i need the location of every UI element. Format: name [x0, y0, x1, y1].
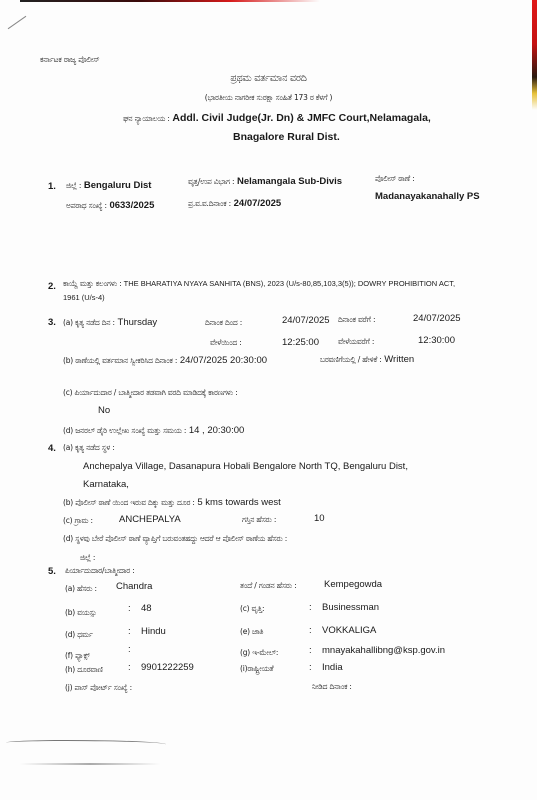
religion-value: Hindu: [141, 626, 166, 637]
section-3-number: 3.: [48, 317, 56, 328]
age-value: 48: [141, 603, 152, 614]
police-station-label: ಪೊಲೀಸ್ ಠಾಣೆ :: [375, 174, 415, 184]
complainant-label: ಪಿರ್ಯಾದುದಾರ/ಬಾತ್ಮೀದಾರ :: [65, 566, 135, 576]
email-value: mnayakahallibng@ksp.gov.in: [322, 645, 445, 656]
place-line-2: Karnataka,: [83, 479, 129, 490]
issued-date-label: ನೀಡಿದ ದಿನಾಂಕ :: [312, 682, 352, 692]
to-date-label: ದಿನಾಂಕ ವರೆಗೆ :: [338, 315, 375, 325]
delay-reason-value: No: [98, 405, 110, 416]
occurrence-day-label: (a) ಕೃತ್ಯ ನಡೆದ ದಿನ :: [63, 318, 115, 327]
occurrence-day-field: (a) ಕೃತ್ಯ ನಡೆದ ದಿನ : Thursday: [63, 317, 157, 328]
to-time-value: 12:30:00: [418, 335, 455, 346]
signature-stroke: [6, 740, 166, 747]
court-line: ಘನ ನ್ಯಾಯಾಲಯ : Addl. Civil Judge(Jr. Dn) …: [123, 112, 431, 124]
court-label: ಘನ ನ್ಯಾಯಾಲಯ :: [123, 114, 170, 123]
father-label: ತಂದೆ / ಗಂಡನ ಹೆಸರು :: [240, 581, 296, 591]
from-date-label: ದಿನಾಂಕ ದಿಂದ :: [205, 318, 242, 328]
general-diary-value: 14 , 20:30:00: [189, 425, 244, 436]
fax-colon: :: [128, 644, 131, 655]
subdivision-value: Nelamangala Sub-Divis: [237, 176, 342, 187]
occurrence-day-value: Thursday: [118, 317, 158, 328]
caste-colon: :: [309, 625, 312, 636]
to-time-label: ವೇಳೆಯವರೆಗೆ :: [338, 337, 374, 347]
from-time-label: ವೇಳೆಯಿಂದ :: [210, 338, 242, 348]
caste-value: VOKKALIGA: [322, 625, 376, 636]
email-colon: :: [309, 645, 312, 656]
received-field: (b) ಠಾಣೆಯಲ್ಲಿ ವರ್ತಮಾನ ಸ್ವೀಕರಿಸಿದ ದಿನಾಂಕ …: [63, 355, 267, 366]
other-district-label: ಜಿಲ್ಲೆ :: [80, 553, 95, 563]
phone-colon: :: [128, 662, 131, 673]
acts-field: ಕಾಯ್ದೆ ಮತ್ತು ಕಲಂಗಳು : THE BHARATIYA NYAY…: [63, 279, 455, 289]
occupation-label: (c) ವೃತ್ತಿ:: [240, 604, 264, 614]
subdivision-field: ವೃತ್ತ/ಉಪ ವಿಭಾಗ : Nelamangala Sub-Divis: [188, 176, 342, 187]
court-value-2: Bnagalore Rural Dist.: [233, 131, 340, 143]
other-ps-label: (d) ಸ್ಥಳವು ಬೇರೆ ಪೊಲೀಸ್ ಠಾಣೆ ವ್ಯಾಪ್ತಿಗೆ ಬ…: [63, 534, 287, 544]
father-value: Kempegowda: [324, 579, 382, 590]
fir-date-label: ಪ್ರ.ವ.ವ.ದಿನಾಂಕ :: [188, 199, 231, 208]
subtitle-text: (ಭಾರತೀಯ ನಾಗರೀಕ ಸುರಕ್ಷಾ ಸಂಹಿತೆ 173 ರ ಕೆಳಗ…: [205, 93, 332, 102]
signature-stroke-faint: [20, 763, 160, 765]
village-value: ANCHEPALYA: [119, 514, 181, 525]
section-4-number: 4.: [48, 443, 56, 454]
caste-label: (e) ಜಾತಿ: [240, 627, 263, 637]
pen-mark: [8, 16, 27, 29]
fax-label: (f) ಫ್ಯಾಕ್ಸ್: [65, 651, 90, 661]
general-diary-label: (d) ಜನರಲ್ ಡೈರಿ ಉಲ್ಲೇಖ ಸಂಖ್ಯೆ ಮತ್ತು ಸಮಯ :: [63, 426, 186, 435]
district-label: ಜಿಲ್ಲೆ :: [66, 181, 81, 190]
from-time-value: 12:25:00: [282, 337, 319, 348]
received-label: (b) ಠಾಣೆಯಲ್ಲಿ ವರ್ತಮಾನ ಸ್ವೀಕರಿಸಿದ ದಿನಾಂಕ …: [63, 356, 177, 365]
occupation-value: Businessman: [322, 602, 379, 613]
crime-number-value: 0633/2025: [109, 200, 154, 211]
scan-edge-top: [20, 0, 320, 2]
religion-colon: :: [128, 626, 131, 637]
crime-number-field: ಅಪರಾಧ ಸಂಖ್ಯೆ : 0633/2025: [66, 200, 154, 211]
fir-date-value: 24/07/2025: [234, 198, 282, 209]
police-station-value: Madanayakanahally PS: [375, 191, 480, 202]
distance-field: (b) ಪೊಲೀಸ್ ಠಾಣೆ ಯಿಂದ ಇರುವ ದಿಕ್ಕು ಮತ್ತು ದ…: [63, 497, 281, 508]
mode-field: ಬರವಣಿಗೆಯಲ್ಲಿ / ಹೇಳಿಕೆ : Written: [320, 354, 414, 365]
distance-value: 5 kms towards west: [197, 497, 280, 508]
distance-label: (b) ಪೊಲೀಸ್ ಠಾಣೆ ಯಿಂದ ಇರುವ ದಿಕ್ಕು ಮತ್ತು ದ…: [63, 498, 195, 507]
phone-value: 9901222259: [141, 662, 194, 673]
received-value: 24/07/2025 20:30:00: [180, 355, 267, 366]
page-title: ಪ್ರಥಮ ವರ್ತಮಾನ ವರದಿ: [0, 73, 537, 84]
nationality-colon: :: [309, 662, 312, 673]
acts-label: ಕಾಯ್ದೆ ಮತ್ತು ಕಲಂಗಳು :: [63, 279, 122, 288]
beat-label: ಗಸ್ತಿನ ಹೆಸರು :: [242, 515, 276, 525]
beat-value: 10: [314, 513, 325, 524]
general-diary-field: (d) ಜನರಲ್ ಡೈರಿ ಉಲ್ಲೇಖ ಸಂಖ್ಯೆ ಮತ್ತು ಸಮಯ :…: [63, 425, 244, 436]
from-date-value: 24/07/2025: [282, 315, 330, 326]
crime-number-label: ಅಪರಾಧ ಸಂಖ್ಯೆ :: [66, 201, 107, 210]
acts-value: THE BHARATIYA NYAYA SANHITA (BNS), 2023 …: [124, 279, 455, 288]
religion-label: (d) ಧರ್ಮ: [65, 630, 93, 640]
delay-reason-label: (c) ಪಿರ್ಯಾದುದಾರ / ಬಾತ್ಮೀದಾರ ತಡವಾಗಿ ವರದಿ …: [63, 388, 237, 398]
village-label: (c) ಗ್ರಾಮ :: [63, 516, 93, 526]
acts-value-2: 1961 (U/s-4): [63, 293, 105, 302]
name-value: Chandra: [116, 581, 152, 592]
section-5-number: 5.: [48, 566, 56, 577]
passport-label: (j) ಪಾಸ್ ಪೋರ್ಟ್ ಸಂಖ್ಯೆ :: [65, 683, 132, 693]
section-1-number: 1.: [48, 181, 56, 192]
subdivision-label: ವೃತ್ತ/ಉಪ ವಿಭಾಗ :: [188, 177, 234, 186]
court-value: Addl. Civil Judge(Jr. Dn) & JMFC Court,N…: [172, 112, 430, 124]
nationality-label: (i)ರಾಷ್ಟ್ರೀಯತೆ: [240, 664, 273, 674]
place-line-1: Anchepalya Village, Dasanapura Hobali Be…: [83, 461, 408, 472]
nationality-value: India: [322, 662, 343, 673]
age-colon: :: [128, 603, 131, 614]
mode-label: ಬರವಣಿಗೆಯಲ್ಲಿ / ಹೇಳಿಕೆ :: [320, 355, 382, 364]
section-2-number: 2.: [48, 281, 56, 292]
fir-date-field: ಪ್ರ.ವ.ವ.ದಿನಾಂಕ : 24/07/2025: [188, 198, 281, 209]
district-field: ಜಿಲ್ಲೆ : Bengaluru Dist: [66, 180, 151, 191]
mode-value: Written: [384, 354, 414, 365]
age-label: (b) ವಯಸ್ಸು: [65, 608, 97, 618]
email-label: (g) ಇ-ಮೇಲ್:: [240, 648, 278, 658]
place-label: (a) ಕೃತ್ಯ ನಡೆದ ಸ್ಥಳ :: [63, 443, 115, 453]
occupation-colon: :: [309, 602, 312, 613]
district-value: Bengaluru Dist: [84, 180, 152, 191]
name-label: (a) ಹೆಸರು :: [65, 584, 97, 594]
page-subtitle: (ಭಾರತೀಯ ನಾಗರೀಕ ಸುರಕ್ಷಾ ಸಂಹಿತೆ 173 ರ ಕೆಳಗ…: [0, 92, 537, 103]
to-date-value: 24/07/2025: [413, 313, 461, 324]
org-name: ಕರ್ನಾಟಕ ರಾಜ್ಯ ಪೊಲೀಸ್: [40, 55, 99, 65]
phone-label: (h) ದೂರವಾಣಿ: [65, 665, 103, 675]
